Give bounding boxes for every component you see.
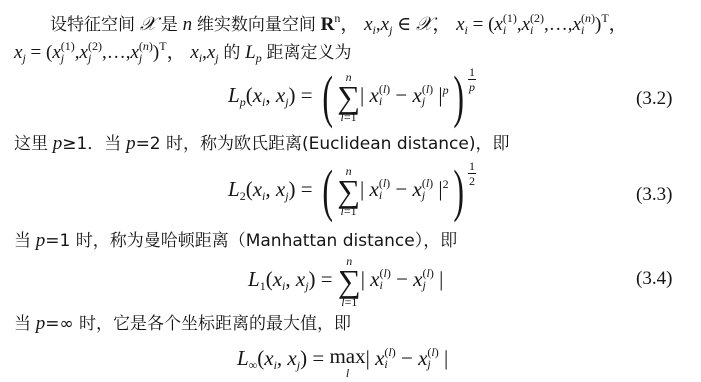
- text-cn: =∞ 时，它是各个坐标距离的最大值，即: [45, 314, 351, 334]
- paragraph-line-2: xj = (x(1)j,x(2)j,…,x(n)j)T， xi,xj 的 Lp …: [14, 40, 351, 66]
- feature-space-symbol: 𝒳: [140, 14, 156, 35]
- equation-linf: L∞(xi, xj) = maxl| x(l)i − x(l)j |: [237, 346, 448, 379]
- dimension-symbol: n: [183, 14, 193, 35]
- text-p-condition: 这里 p≥1．当 p=2 时，称为欧氏距离(Euclidean distance…: [14, 134, 509, 153]
- real-space-symbol: R: [321, 14, 335, 35]
- text-cn: =1 时，称为曼哈顿距离（Manhattan distance），即: [45, 231, 457, 251]
- summation: n∑l=1: [337, 71, 360, 124]
- text-cn: 距离定义为: [266, 43, 351, 63]
- summation: n∑l=1: [337, 165, 360, 218]
- text-manhattan: 当 p=1 时，称为曼哈顿距离（Manhattan distance），即: [14, 231, 457, 250]
- equation-l2: L2(xi, xj) = (n∑l=1| x(l)i − x(l)j |2)12: [228, 162, 476, 220]
- text-cn: 设特征空间: [50, 15, 135, 35]
- equation-lp: Lp(xi, xj) = (n∑l=1| x(l)i − x(l)j |p)1p: [228, 68, 476, 126]
- xj-definition: xj = (x(1)j,x(2)j,…,x(n)j)T，: [14, 42, 186, 63]
- text-cn: 当: [14, 231, 31, 251]
- superscript: n: [334, 11, 340, 25]
- equation-l1: L1(xi, xj) = n∑l=1| x(l)i − x(l)j |: [248, 255, 443, 308]
- equation-number: (3.4): [636, 268, 672, 290]
- text-cn: 的: [223, 43, 240, 63]
- text-cn: 是: [161, 15, 178, 35]
- text-cn: ≥1．当: [62, 134, 121, 154]
- equation-number: (3.2): [636, 88, 672, 110]
- text-cn: 这里: [14, 134, 48, 154]
- feature-space-symbol: 𝒳: [416, 14, 432, 35]
- xi-definition: xi = (x(1)i,x(2)i,…,x(n)i)T，: [456, 14, 628, 35]
- text-cn: =2 时，称为欧氏距离(Euclidean distance)，即: [136, 134, 510, 154]
- equation-number: (3.3): [636, 184, 672, 206]
- paragraph-line-1: 设特征空间 𝒳 是 n 维实数向量空间 Rn， xi,xj ∈ 𝒳， xi = …: [50, 12, 628, 38]
- text-cn: 维实数向量空间: [197, 15, 316, 35]
- max-operator: maxl: [329, 346, 365, 379]
- text-chebyshev: 当 p=∞ 时，它是各个坐标距离的最大值，即: [14, 314, 351, 333]
- summation: n∑l=1: [338, 255, 361, 308]
- text-cn: 当: [14, 314, 31, 334]
